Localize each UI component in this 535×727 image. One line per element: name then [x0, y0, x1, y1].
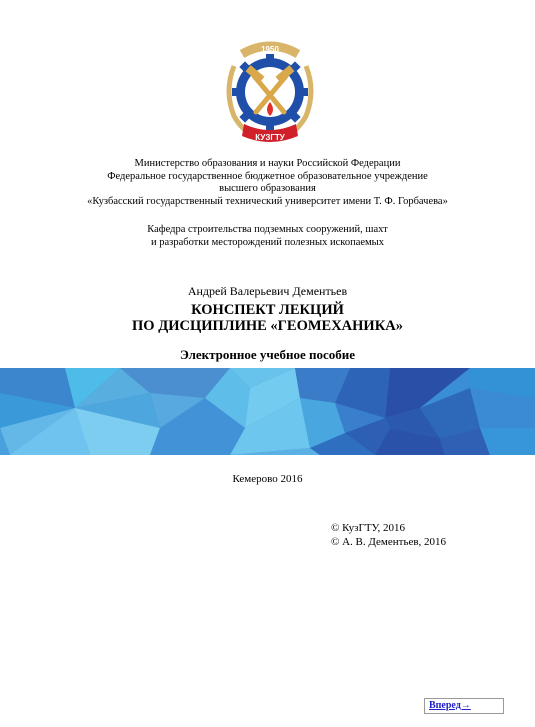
title-line: КОНСПЕКТ ЛЕКЦИЙ: [0, 302, 535, 318]
city-year: Кемерово 2016: [0, 473, 535, 485]
department-line: и разработки месторождений полезных иско…: [0, 237, 535, 250]
kuzgtu-emblem-icon: 1950 КУЗГТУ: [220, 36, 320, 146]
ministry-line: Министерство образования и науки Российс…: [0, 158, 535, 171]
author-name: Андрей Валерьевич Дементьев: [0, 284, 535, 299]
ministry-line: Федеральное государственное бюджетное об…: [0, 171, 535, 184]
next-page-box: Вперед→: [424, 698, 504, 714]
document-subtitle: Электронное учебное пособие: [0, 347, 535, 363]
copyright-line: © А. В. Дементьев, 2016: [331, 535, 446, 549]
university-logo: 1950 КУЗГТУ: [220, 36, 320, 146]
copyright-block: © КузГТУ, 2016 © А. В. Дементьев, 2016: [331, 521, 446, 549]
ministry-line: «Кузбасский государственный технический …: [0, 196, 535, 209]
document-title: КОНСПЕКТ ЛЕКЦИЙ ПО ДИСЦИПЛИНЕ «ГЕОМЕХАНИ…: [0, 302, 535, 334]
decorative-banner: [0, 368, 535, 455]
department-block: Кафедра строительства подземных сооружен…: [0, 224, 535, 249]
copyright-line: © КузГТУ, 2016: [331, 521, 446, 535]
svg-text:1950: 1950: [261, 45, 279, 54]
svg-text:КУЗГТУ: КУЗГТУ: [255, 133, 285, 142]
ministry-block: Министерство образования и науки Российс…: [0, 158, 535, 208]
title-line: ПО ДИСЦИПЛИНЕ «ГЕОМЕХАНИКА»: [0, 318, 535, 334]
department-line: Кафедра строительства подземных сооружен…: [0, 224, 535, 237]
next-page-link[interactable]: Вперед→: [429, 700, 471, 711]
low-poly-pattern-icon: [0, 368, 535, 455]
ministry-line: высшего образования: [0, 183, 535, 196]
